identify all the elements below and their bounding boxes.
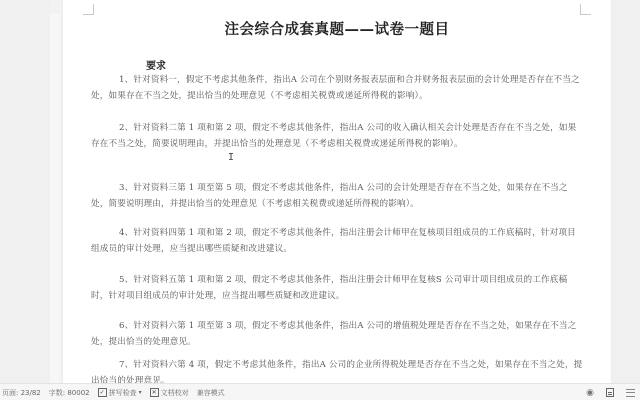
margin-corner-mark <box>83 4 94 15</box>
spell-check-button[interactable]: ✓ 拼写检查 ▾ <box>98 388 142 398</box>
section-heading: 要求 <box>146 57 166 72</box>
document-page[interactable]: 注会综合成套真题——试卷一题目 要求 1、针对资料一，假定不考虑其他条件，指出A… <box>63 0 611 383</box>
checkbox-icon: ✓ <box>98 388 107 397</box>
spell-check-label: 拼写检查 <box>109 388 137 398</box>
question-paragraph-2: 2、针对资料二第 1 项和第 2 项，假定不考虑其他条件，指出A 公司的收入确认… <box>91 121 583 152</box>
vertical-ruler <box>50 14 60 383</box>
question-paragraph-1: 1、针对资料一，假定不考虑其他条件，指出A 公司在个别财务报表层面和合并财务报表… <box>91 73 583 104</box>
outline-view-icon <box>626 389 635 397</box>
left-navigation-gutter <box>0 0 50 383</box>
eye-protection-icon[interactable]: ◉ <box>584 388 596 398</box>
page-view-icon <box>606 388 614 397</box>
question-paragraph-5: 5、针对资料五第 1 项和第 2 项，假定不考虑其他条件，指出注册会计师甲在复核… <box>91 273 583 304</box>
page-count: 页面: 23/82 <box>2 388 41 398</box>
compatibility-mode-label: 兼容模式 <box>197 388 225 398</box>
question-paragraph-3: 3、针对资料三第 1 项至第 5 项，假定不考虑其他条件，指出A 公司的会计处理… <box>91 181 583 212</box>
status-bar: 页面: 23/82 字数: 80002 ✓ 拼写检查 ▾ ✕ 文档校对 兼容模式… <box>0 383 640 400</box>
word-count-indicator[interactable]: 字数: 80002 <box>49 388 90 398</box>
proofread-icon: ✕ <box>150 388 159 397</box>
page-view-button[interactable] <box>604 388 616 398</box>
compatibility-mode-indicator: 兼容模式 <box>197 388 225 398</box>
margin-corner-mark <box>580 4 591 15</box>
page-indicator[interactable]: 页面: 23/82 <box>2 388 41 398</box>
view-controls: ◉ <box>576 388 636 398</box>
word-count: 字数: 80002 <box>49 388 90 398</box>
question-paragraph-4: 4、针对资料四第 1 项和第 2 项，假定不考虑其他条件，指出注册会计师甲在复核… <box>91 226 583 257</box>
chevron-down-icon[interactable]: ▾ <box>139 389 142 396</box>
question-paragraph-6: 6、针对资料六第 1 项至第 3 项，假定不考虑其他条件，指出A 公司的增值税处… <box>91 319 583 350</box>
document-workspace: 注会综合成套真题——试卷一题目 要求 1、针对资料一，假定不考虑其他条件，指出A… <box>0 0 640 383</box>
document-title: 注会综合成套真题——试卷一题目 <box>63 18 611 39</box>
document-proofread-button[interactable]: ✕ 文档校对 <box>150 388 189 398</box>
document-proofread-label: 文档校对 <box>161 388 189 398</box>
right-side-panel <box>612 0 640 383</box>
outline-view-button[interactable] <box>624 388 636 398</box>
text-cursor-icon: I <box>228 152 234 163</box>
